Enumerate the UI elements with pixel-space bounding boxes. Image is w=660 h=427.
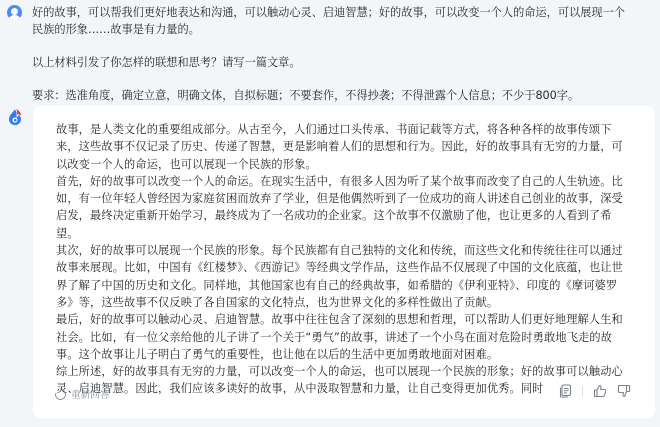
assistant-logo-icon — [6, 108, 24, 126]
answer-paragraph: 首先，好的故事可以改变一个人的命运。在现实生活中，有很多人因为听了某个故事而改变… — [56, 173, 628, 242]
divider — [582, 386, 583, 396]
user-avatar-icon — [7, 5, 22, 20]
assistant-answer-text: 故事，是人类文化的重要组成部分。从古至今，人们通过口头传承、书面记载等方式，将各… — [56, 121, 628, 398]
answer-paragraph: 综上所述，好的故事具有无穷的力量，可以改变一个人的命运，也可以展现一个民族的形象… — [56, 363, 628, 398]
thumbs-down-icon[interactable] — [617, 384, 631, 398]
answer-actions — [558, 384, 631, 398]
refresh-icon — [53, 386, 68, 401]
regenerate-button[interactable]: 重新回答 — [55, 387, 109, 401]
copy-icon[interactable] — [558, 384, 572, 398]
regenerate-label: 重新回答 — [71, 387, 109, 401]
user-message-text: 好的故事，可以帮我们更好地表达和沟通，可以触动心灵、启迪智慧；好的故事，可以改变… — [32, 4, 632, 104]
assistant-answer-card: 故事，是人类文化的重要组成部分。从古至今，人们通过口头传承、书面记载等方式，将各… — [33, 106, 655, 418]
user-paragraph: 以上材料引发了你怎样的联想和思考？请写一篇文章。 — [32, 54, 632, 71]
thumbs-up-icon[interactable] — [593, 384, 607, 398]
answer-paragraph: 其次，好的故事可以展现一个民族的形象。每个民族都有自己独特的文化和传统，而这些文… — [56, 242, 628, 311]
user-paragraph: 要求：选准角度，确定立意，明确文体，自拟标题；不要套作，不得抄袭；不得泄露个人信… — [32, 87, 632, 104]
user-message: 好的故事，可以帮我们更好地表达和沟通，可以触动心灵、启迪智慧；好的故事，可以改变… — [0, 0, 660, 104]
user-paragraph: 好的故事，可以帮我们更好地表达和沟通，可以触动心灵、启迪智慧；好的故事，可以改变… — [32, 4, 632, 38]
answer-paragraph: 故事，是人类文化的重要组成部分。从古至今，人们通过口头传承、书面记载等方式，将各… — [56, 121, 628, 173]
answer-paragraph: 最后，好的故事可以触动心灵、启迪智慧。故事中往往包含了深刻的思想和哲理，可以帮助… — [56, 311, 628, 363]
